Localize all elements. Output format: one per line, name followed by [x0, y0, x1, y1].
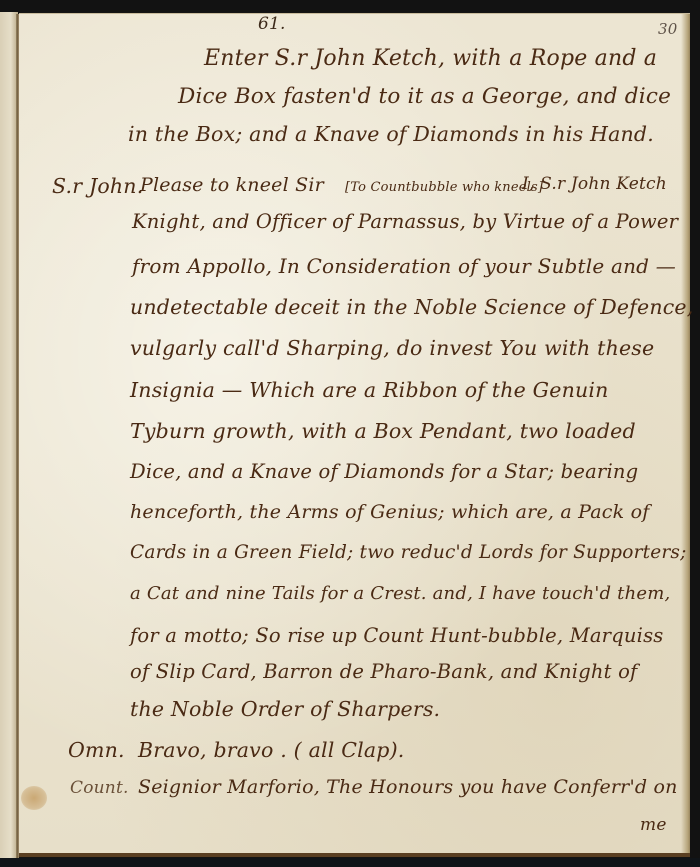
folio-number: 30: [658, 20, 678, 38]
speech-line: Tyburn growth, with a Box Pendant, two l…: [130, 419, 636, 443]
speaker-name: S.r John.: [52, 174, 143, 198]
speech-line: vulgarly call'd Sharping, do invest You …: [130, 336, 654, 360]
speaker-name: Omn.: [68, 738, 125, 762]
inline-stage-direction: [To Countbubble who kneels]: [345, 180, 543, 195]
speaker-name: Count.: [70, 778, 129, 798]
binding-gutter: [16, 14, 19, 858]
top-border: [0, 0, 700, 12]
catchword: me: [640, 815, 667, 835]
speech-line: henceforth, the Arms of Genius; which ar…: [130, 501, 649, 523]
speech-line: Seignior Marforio, The Honours you have …: [138, 776, 678, 798]
right-border: [690, 0, 700, 867]
speech-line: I, S.r John Ketch: [522, 174, 667, 194]
page-bottom-edge: [19, 853, 691, 857]
speech-line: of Slip Card, Barron de Pharo-Bank, and …: [130, 660, 637, 683]
speech-line: Cards in a Green Field; two reduc'd Lord…: [130, 542, 687, 563]
stage-direction-line: in the Box; and a Knave of Diamonds in h…: [128, 122, 654, 146]
speech-line: Insignia — Which are a Ribbon of the Gen…: [130, 378, 609, 402]
speech-line: for a motto; So rise up Count Hunt-bubbl…: [130, 624, 664, 647]
speech-line: Bravo, bravo . ( all Clap).: [138, 738, 405, 762]
foxing-stain: [21, 786, 47, 810]
page-number: 61.: [258, 14, 286, 34]
stage-direction-line: Enter S.r John Ketch, with a Rope and a: [204, 46, 657, 71]
stage-direction-line: Dice Box fasten'd to it as a George, and…: [178, 84, 671, 109]
speech-line: a Cat and nine Tails for a Crest. and, I…: [130, 583, 670, 604]
bottom-border: [0, 858, 700, 867]
speech-line: undetectable deceit in the Noble Science…: [130, 295, 693, 319]
speech-line: Dice, and a Knave of Diamonds for a Star…: [130, 460, 638, 483]
speech-line: Please to kneel Sir: [140, 174, 324, 196]
speech-line: the Noble Order of Sharpers.: [130, 697, 440, 721]
speech-line: from Appollo, In Consideration of your S…: [132, 254, 676, 278]
speech-line: Knight, and Officer of Parnassus, by Vir…: [132, 210, 678, 233]
